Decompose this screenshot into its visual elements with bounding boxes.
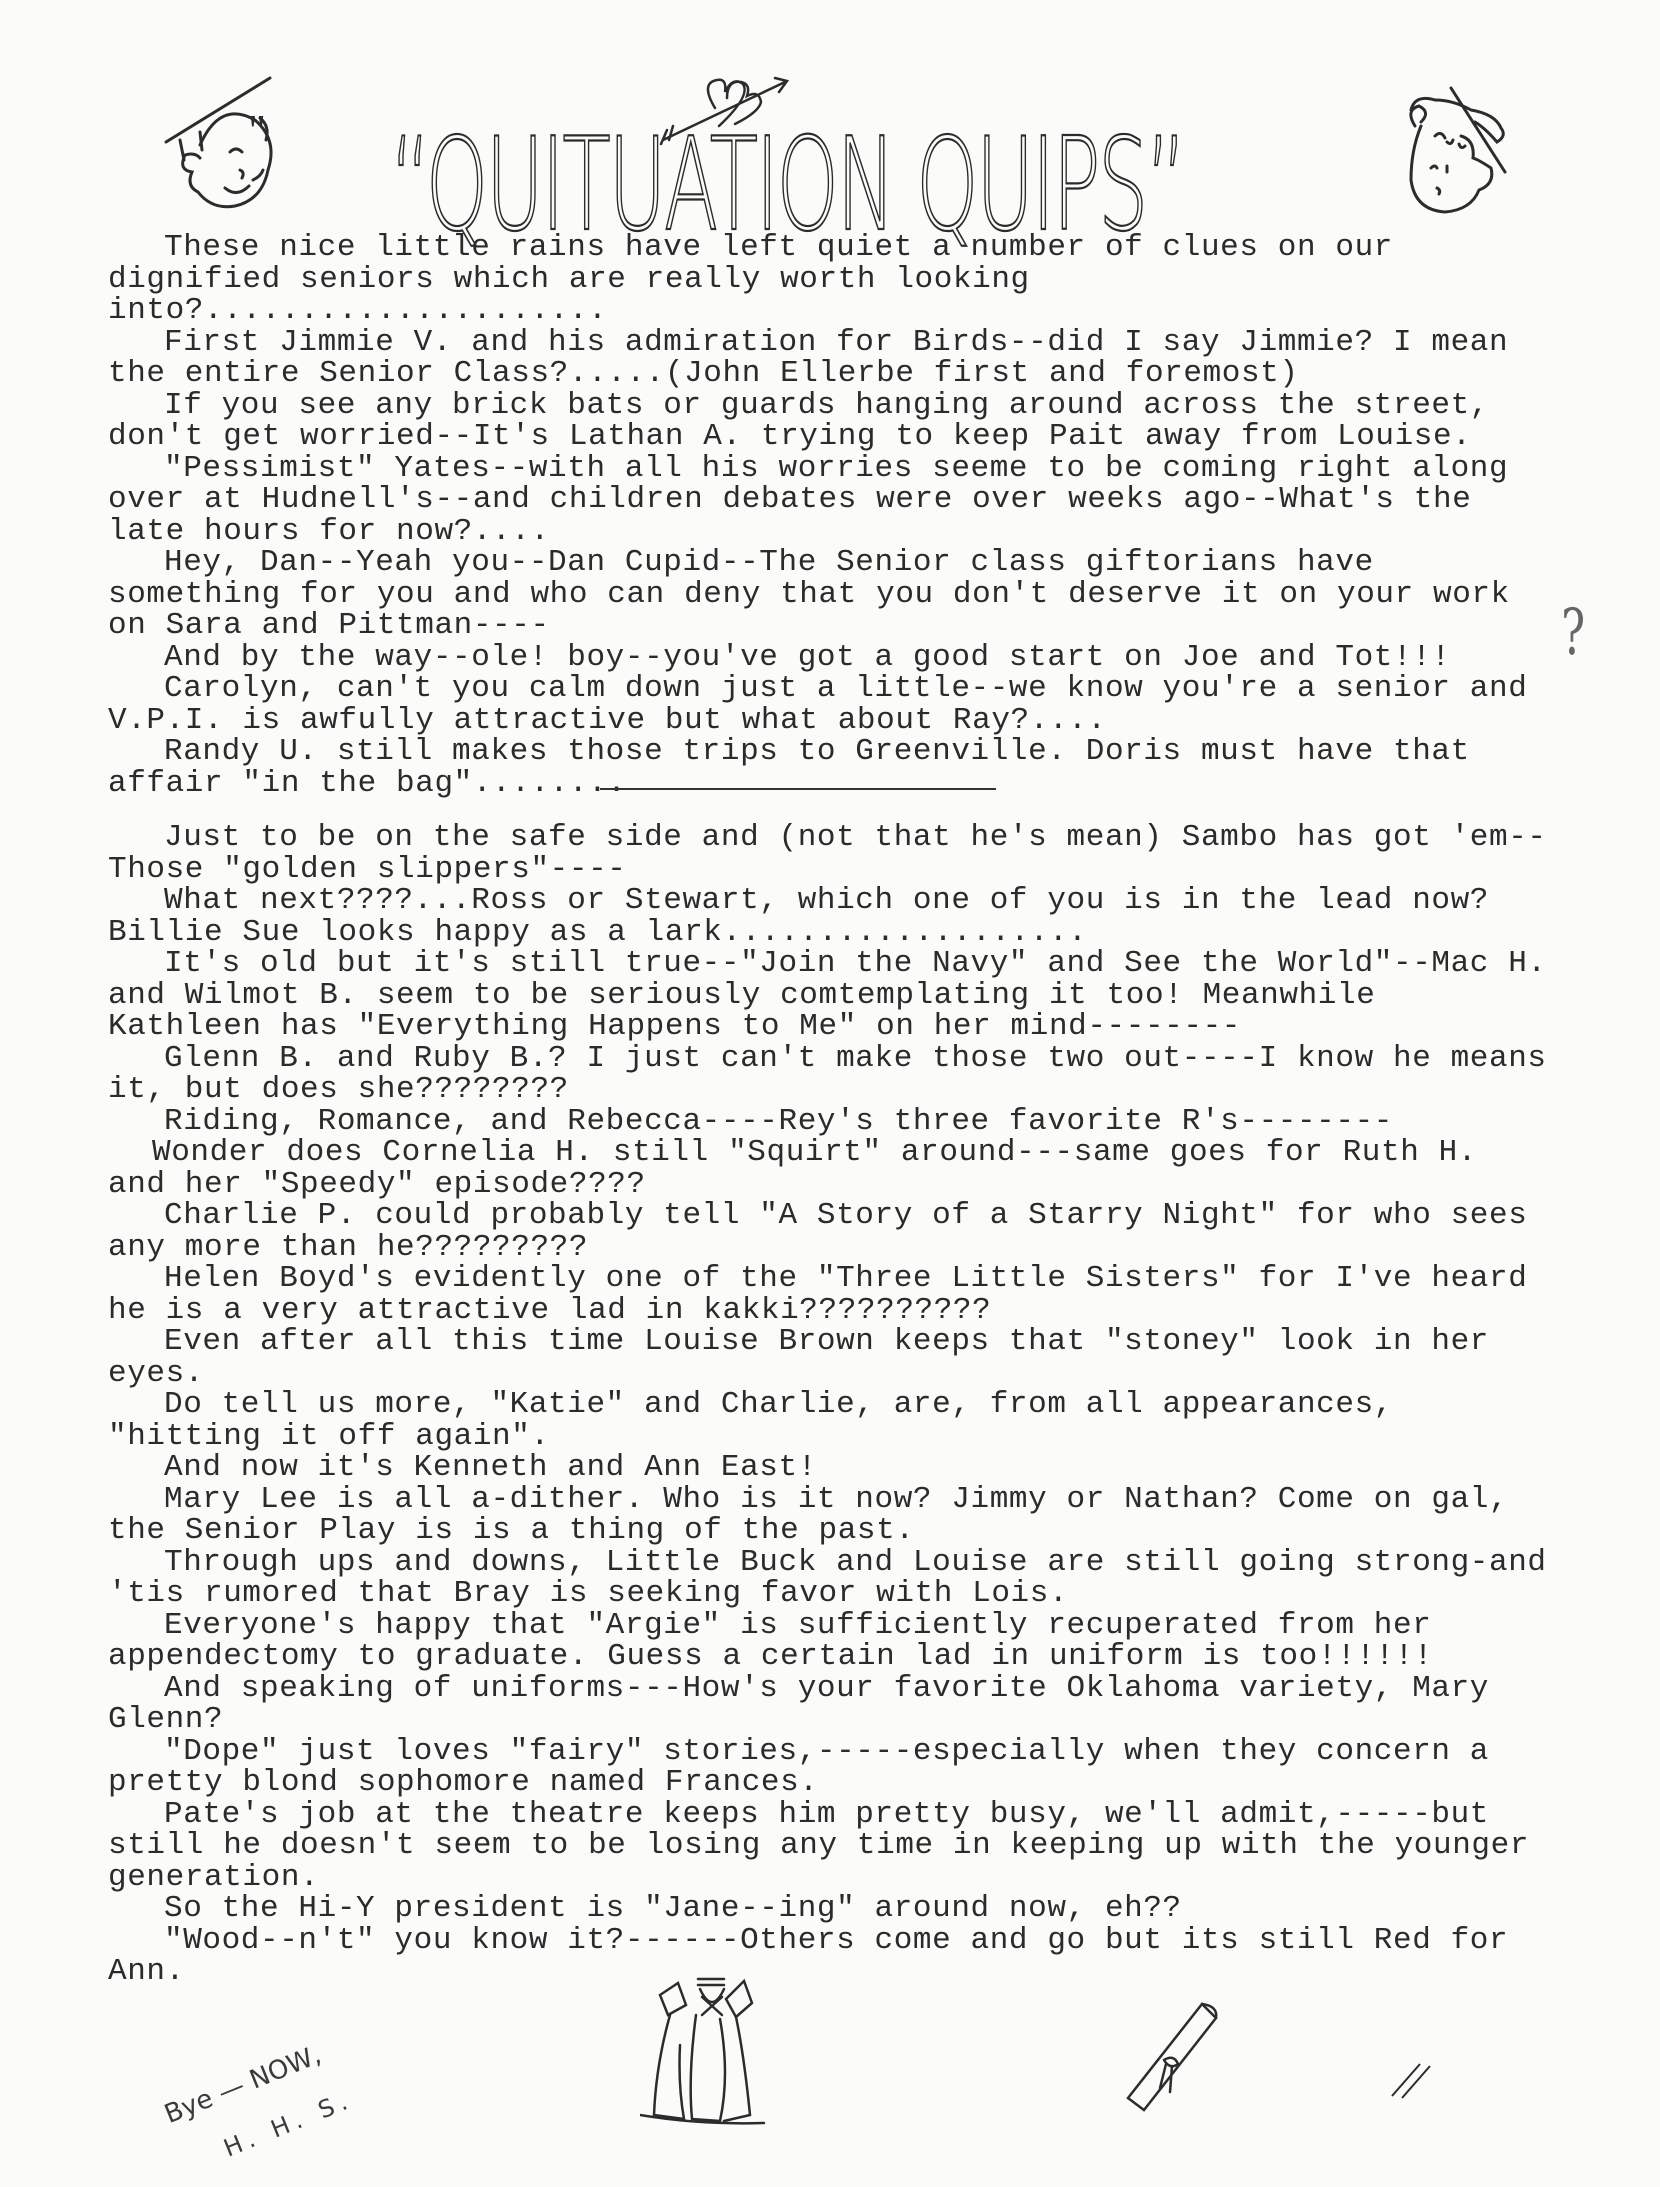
paragraph: If you see any brick bats or guards hang… <box>108 390 1548 453</box>
paragraph: "Dope" just loves "fairy" stories,-----e… <box>108 1736 1548 1799</box>
paragraph: Charlie P. could probably tell "A Story … <box>108 1200 1548 1263</box>
pen-marks-icon <box>1390 2060 1440 2100</box>
hearts-arrow-icon <box>655 68 795 148</box>
svg-text:": " <box>248 106 266 155</box>
paragraph: Through ups and downs, Little Buck and L… <box>108 1547 1548 1610</box>
paragraph: Everyone's happy that "Argie" is suffici… <box>108 1610 1548 1673</box>
paragraph: "Wood--n't" you know it?------Others com… <box>108 1925 1548 1988</box>
paragraph: These nice little rains have left quiet … <box>108 232 1548 327</box>
paragraph: What next????...Ross or Stewart, which o… <box>108 885 1548 948</box>
paragraph: And now it's Kenneth and Ann East! <box>108 1452 1548 1484</box>
paragraph: And by the way--ole! boy--you've got a g… <box>108 642 1548 674</box>
paragraph: Glenn B. and Ruby B.? I just can't make … <box>108 1043 1548 1106</box>
diploma-scroll-icon <box>1118 2000 1238 2120</box>
paragraph: And speaking of uniforms---How's your fa… <box>108 1673 1548 1736</box>
paragraph: Hey, Dan--Yeah you--Dan Cupid--The Senio… <box>108 547 1548 642</box>
paragraph: Pate's job at the theatre keeps him pret… <box>108 1799 1548 1894</box>
section-divider <box>600 788 996 790</box>
paragraph: "Pessimist" Yates--with all his worries … <box>108 453 1548 548</box>
paragraph: Do tell us more, "Katie" and Charlie, ar… <box>108 1389 1548 1452</box>
paragraph: Riding, Romance, and Rebecca----Rey's th… <box>108 1106 1548 1138</box>
paragraph: So the Hi-Y president is "Jane--ing" aro… <box>108 1893 1548 1925</box>
paragraph: Even after all this time Louise Brown ke… <box>108 1326 1548 1389</box>
paragraph: Just to be on the safe side and (not tha… <box>108 822 1548 885</box>
margin-question-mark: ? <box>1561 596 1585 670</box>
paragraph: Wonder does Cornelia H. still "Squirt" a… <box>108 1137 1548 1200</box>
section-1: These nice little rains have left quiet … <box>108 232 1548 799</box>
paragraph: Carolyn, can't you calm down just a litt… <box>108 673 1548 736</box>
three-graduates-icon <box>640 1975 770 2135</box>
newsletter-page: " “QUITUATION QUIPS” <box>0 0 1660 2187</box>
section-2: Just to be on the safe side and (not tha… <box>108 822 1548 1988</box>
paragraph: It's old but it's still true--"Join the … <box>108 948 1548 1043</box>
paragraph: Helen Boyd's evidently one of the "Three… <box>108 1263 1548 1326</box>
paragraph: First Jimmie V. and his admiration for B… <box>108 327 1548 390</box>
girl-face-icon <box>1375 80 1525 220</box>
title-banner: " “QUITUATION QUIPS” <box>150 60 1600 230</box>
graduate-boy-icon: " <box>150 60 290 210</box>
paragraph: Mary Lee is all a-dither. Who is it now?… <box>108 1484 1548 1547</box>
